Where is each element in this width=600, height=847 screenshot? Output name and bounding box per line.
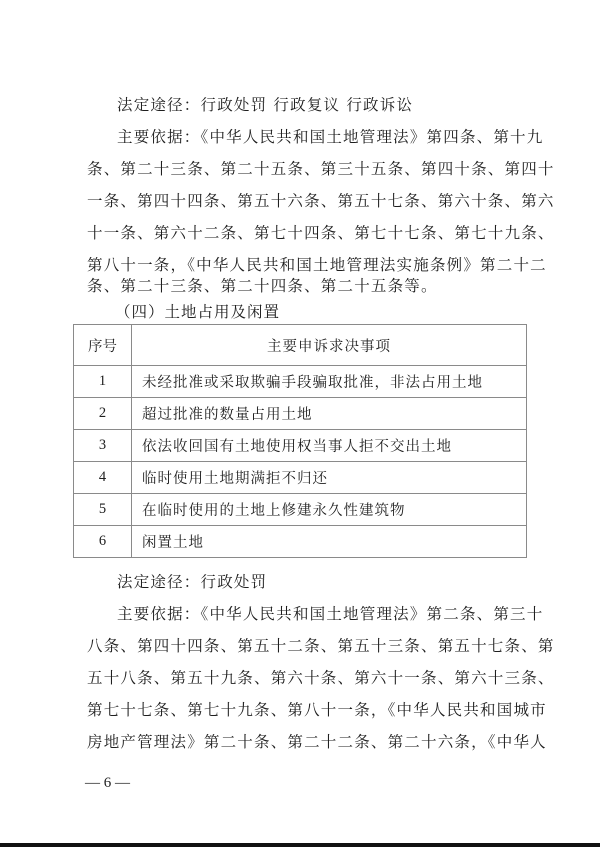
row-number: 4 (74, 462, 132, 494)
row-number: 5 (74, 494, 132, 526)
basis-line: 条、第二十三条、第二十五条、第三十五条、第四十条、第四十 (87, 159, 527, 179)
basis-line: 第八十一条，《中华人民共和国土地管理法实施条例》第二十二 (87, 255, 527, 275)
basis-line: 八条、第四十四条、第五十二条、第五十三条、第五十七条、第 (87, 636, 527, 656)
table-row: 1 未经批准或采取欺骗手段骗取批准，非法占用土地 (74, 366, 527, 398)
header-serial-number: 序号 (74, 325, 132, 366)
basis-line: 十一条、第六十二条、第七十四条、第七十七条、第七十九条、 (87, 223, 527, 243)
legal-route-text: 法定途径：行政处罚 行政复议 行政诉讼 (117, 95, 557, 115)
basis-line: 第七十七条、第七十九条、第八十一条，《中华人民共和国城市 (87, 700, 527, 720)
table-row: 2 超过批准的数量占用土地 (74, 398, 527, 430)
row-number: 2 (74, 398, 132, 430)
table-row: 4 临时使用土地期满拒不归还 (74, 462, 527, 494)
row-item: 在临时使用的土地上修建永久性建筑物 (132, 494, 527, 526)
table-row: 5 在临时使用的土地上修建永久性建筑物 (74, 494, 527, 526)
row-item: 超过批准的数量占用土地 (132, 398, 527, 430)
basis-line: 五十八条、第五十九条、第六十条、第六十一条、第六十三条、 (87, 668, 527, 688)
header-main-complaint-items: 主要申诉求决事项 (132, 325, 527, 366)
table-row: 3 依法收回国有土地使用权当事人拒不交出土地 (74, 430, 527, 462)
row-number: 3 (74, 430, 132, 462)
basis-line: 主要依据：《中华人民共和国土地管理法》第四条、第十九 (117, 127, 557, 147)
row-item: 未经批准或采取欺骗手段骗取批准，非法占用土地 (132, 366, 527, 398)
basis-line: 主要依据：《中华人民共和国土地管理法》第二条、第三十 (117, 604, 557, 624)
legal-route-text: 法定途径：行政处罚 (117, 572, 557, 592)
row-number: 6 (74, 526, 132, 558)
row-item: 闲置土地 (132, 526, 527, 558)
section-heading: （四）土地占用及闲置 (115, 300, 280, 322)
scan-edge-bar (0, 843, 600, 847)
row-item: 临时使用土地期满拒不归还 (132, 462, 527, 494)
basis-line: 条、第二十三条、第二十四条、第二十五条等。 (87, 276, 527, 296)
basis-line: 房地产管理法》第二十条、第二十二条、第二十六条，《中华人 (87, 732, 527, 752)
row-item: 依法收回国有土地使用权当事人拒不交出土地 (132, 430, 527, 462)
table-row: 6 闲置土地 (74, 526, 527, 558)
row-number: 1 (74, 366, 132, 398)
complaint-items-table: 序号 主要申诉求决事项 1 未经批准或采取欺骗手段骗取批准，非法占用土地 2 超… (73, 324, 527, 558)
page-number: — 6 — (85, 775, 130, 792)
table-header-row: 序号 主要申诉求决事项 (74, 325, 527, 366)
basis-line: 一条、第四十四条、第五十六条、第五十七条、第六十条、第六 (87, 191, 527, 211)
